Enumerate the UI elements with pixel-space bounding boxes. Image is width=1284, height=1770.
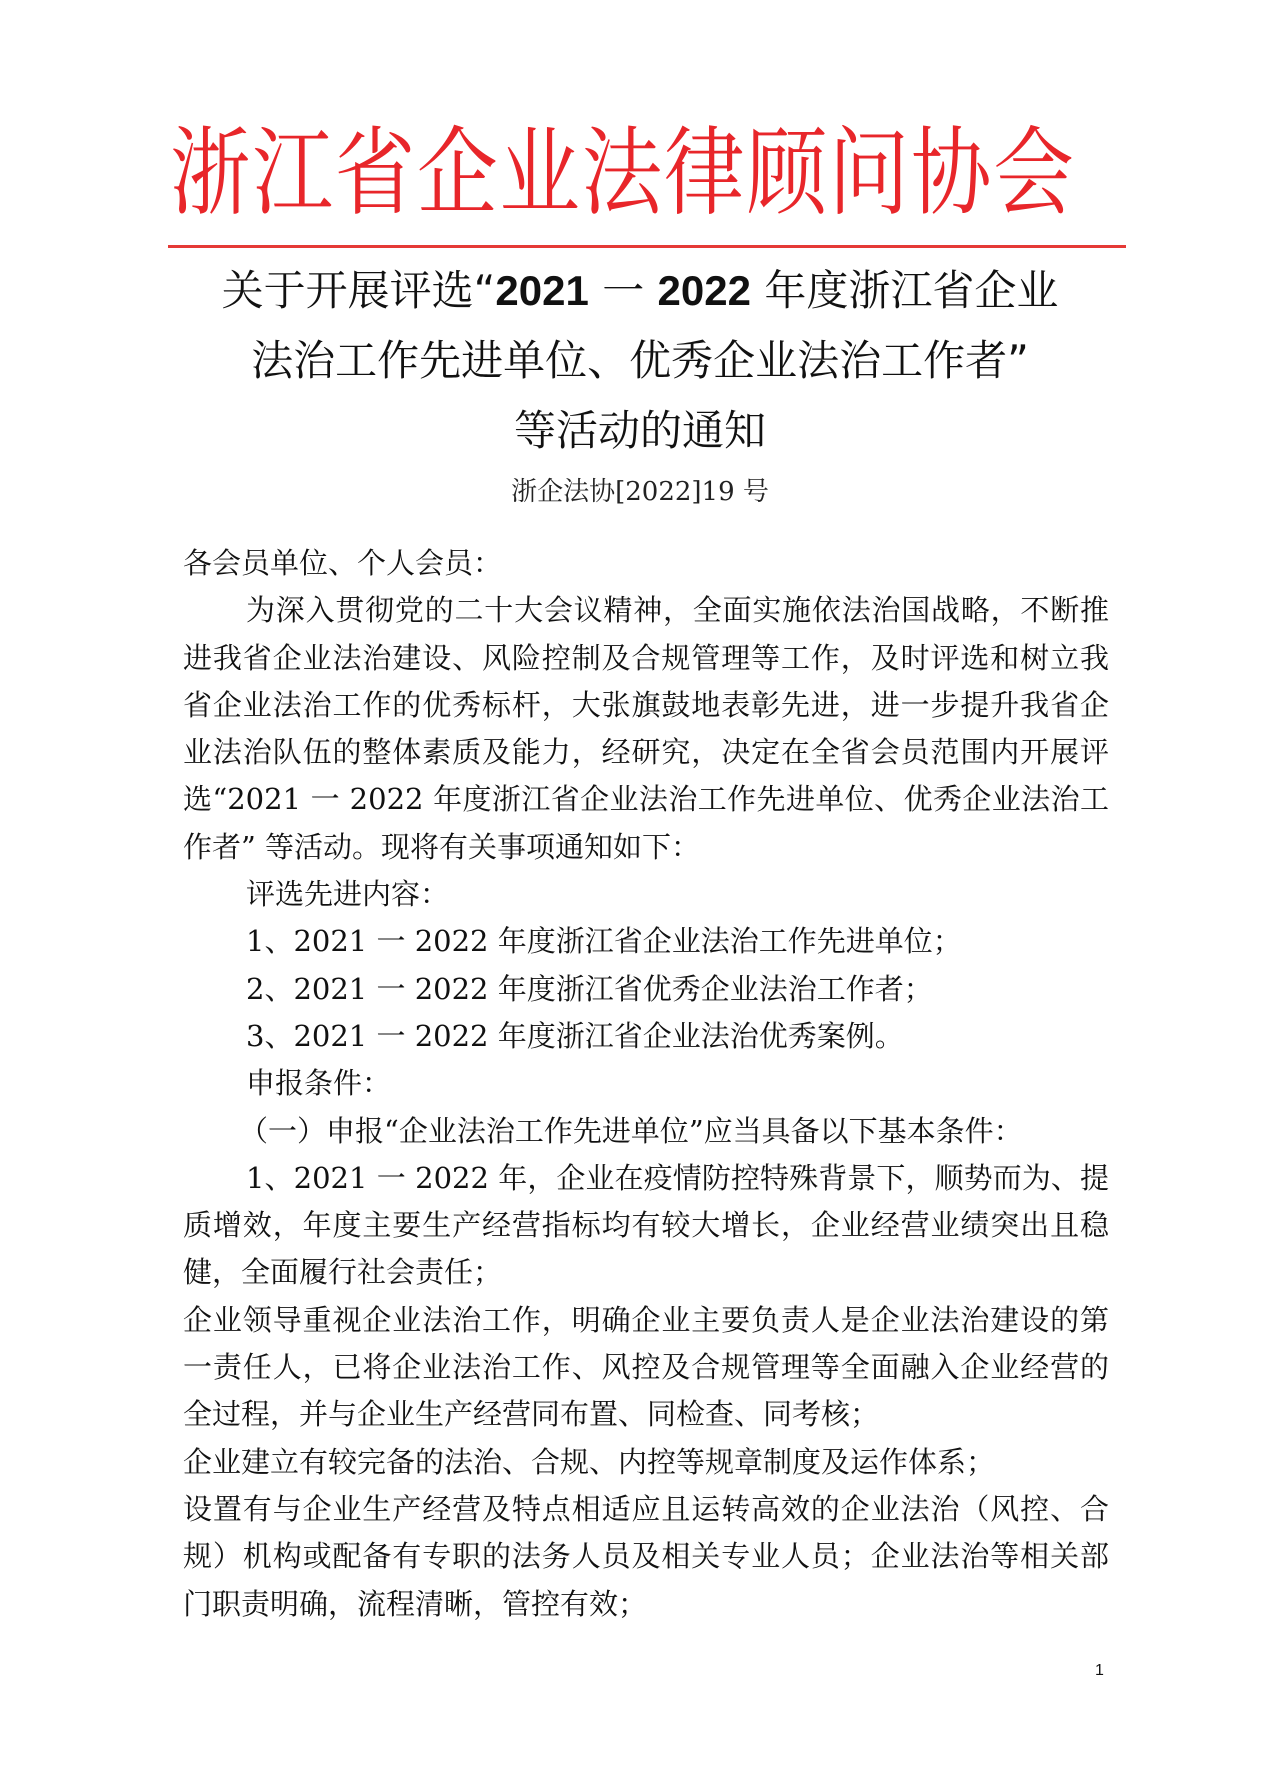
title-line-1-suffix: 年度浙江省企业 <box>751 266 1058 315</box>
content-item-3: 3、2021 一 2022 年度浙江省企业法治优秀案例。 <box>183 1013 1109 1060</box>
page-number: 1 <box>1095 1662 1104 1680</box>
condition-item-1: 1、2021 一 2022 年，企业在疫情防控特殊背景下，顺势而为、提质增效，年… <box>183 1155 1109 1297</box>
title-dash: 一 <box>589 266 658 315</box>
condition-item-4: 设置有与企业生产经营及特点相适应且运转高效的企业法治（风控、合规）机构或配备有专… <box>183 1486 1109 1628</box>
conditions-subheading: （一）申报“企业法治工作先进单位”应当具备以下基本条件： <box>183 1108 1109 1155</box>
section-content-heading: 评选先进内容： <box>183 871 1109 918</box>
letterhead-red-divider <box>168 245 1126 248</box>
content-item-1: 1、2021 一 2022 年度浙江省企业法治工作先进单位； <box>183 918 1109 965</box>
letterhead-organization-name: 浙江省企业法律顾问协会 <box>170 118 976 228</box>
title-line-2: 法治工作先进单位、优秀企业法治工作者” <box>160 326 1120 396</box>
title-year-start: 2021 <box>495 267 588 314</box>
document-body: 各会员单位、个人会员： 为深入贯彻党的二十大会议精神，全面实施依法治国战略，不断… <box>183 540 1109 1628</box>
title-line-1-prefix: 关于开展评选“ <box>222 266 496 315</box>
intro-paragraph: 为深入贯彻党的二十大会议精神，全面实施依法治国战略，不断推进我省企业法治建设、风… <box>183 587 1109 871</box>
condition-item-3: 企业建立有较完备的法治、合规、内控等规章制度及运作体系； <box>183 1439 1109 1486</box>
document-number: 浙企法协[2022]19 号 <box>160 472 1120 512</box>
document-title: 关于开展评选“2021 一 2022 年度浙江省企业 法治工作先进单位、优秀企业… <box>160 256 1120 466</box>
title-line-1: 关于开展评选“2021 一 2022 年度浙江省企业 <box>160 256 1120 326</box>
title-line-3: 等活动的通知 <box>160 396 1120 466</box>
document-page: 浙江省企业法律顾问协会 关于开展评选“2021 一 2022 年度浙江省企业 法… <box>0 0 1284 1770</box>
title-year-end: 2022 <box>658 267 751 314</box>
content-item-2: 2、2021 一 2022 年度浙江省优秀企业法治工作者； <box>183 966 1109 1013</box>
section-conditions-heading: 申报条件： <box>183 1060 1109 1107</box>
condition-item-2: 企业领导重视企业法治工作，明确企业主要负责人是企业法治建设的第一责任人，已将企业… <box>183 1297 1109 1439</box>
salutation: 各会员单位、个人会员： <box>183 540 1109 587</box>
